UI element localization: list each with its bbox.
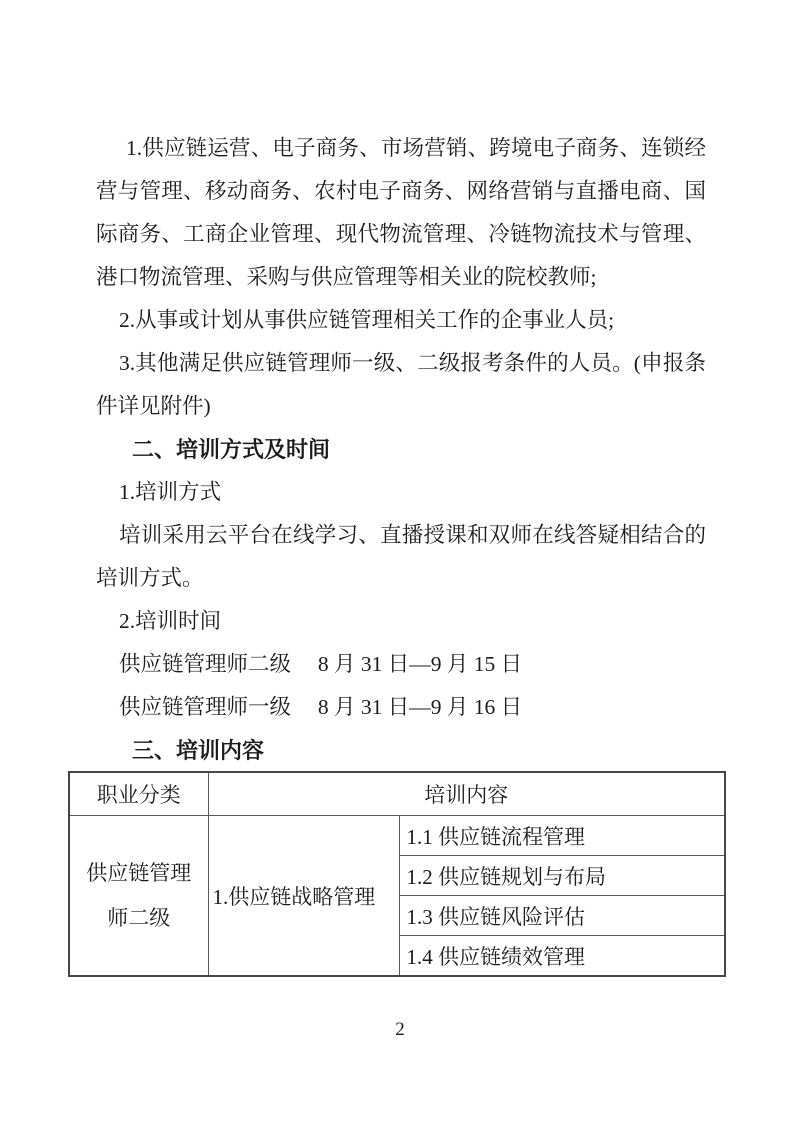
table-header-content: 培训内容 — [208, 772, 725, 816]
document-body: 1.供应链运营、电子商务、市场营销、跨境电子商务、连锁经营与管理、移动商务、农村… — [96, 127, 706, 772]
subheading-training-method: 1.培训方式 — [96, 471, 706, 514]
training-content-table: 职业分类 培训内容 供应链管理师二级 1.供应链战略管理 1.1 供应链流程管理… — [68, 771, 726, 977]
paragraph-eligible-practitioners: 2.从事或计划从事供应链管理相关工作的企事业人员; — [96, 299, 706, 342]
table-header-row: 职业分类 培训内容 — [69, 772, 725, 816]
table-cell-module: 1.供应链战略管理 — [208, 816, 399, 977]
table-cell-item-4: 1.4 供应链绩效管理 — [399, 936, 725, 977]
section-heading-training-method-and-time: 二、培训方式及时间 — [96, 428, 706, 471]
table-cell-item-1: 1.1 供应链流程管理 — [399, 816, 725, 856]
table-row: 供应链管理师二级 1.供应链战略管理 1.1 供应链流程管理 — [69, 816, 725, 856]
paragraph-eligible-teachers: 1.供应链运营、电子商务、市场营销、跨境电子商务、连锁经营与管理、移动商务、农村… — [96, 127, 706, 299]
paragraph-eligible-others: 3.其他满足供应链管理师一级、二级报考条件的人员。(申报条件详见附件) — [96, 342, 706, 428]
table-cell-item-3: 1.3 供应链风险评估 — [399, 896, 725, 936]
page-number: 2 — [0, 1016, 800, 1043]
table-header-category: 职业分类 — [69, 772, 208, 816]
section-heading-training-content: 三、培训内容 — [96, 729, 706, 772]
subheading-training-time: 2.培训时间 — [96, 600, 706, 643]
paragraph-training-method: 培训采用云平台在线学习、直播授课和双师在线答疑相结合的培训方式。 — [96, 514, 706, 600]
table-cell-category: 供应链管理师二级 — [69, 816, 208, 977]
table-cell-item-2: 1.2 供应链规划与布局 — [399, 856, 725, 896]
schedule-line-level1: 供应链管理师一级 8 月 31 日—9 月 16 日 — [96, 686, 706, 729]
schedule-line-level2: 供应链管理师二级 8 月 31 日—9 月 15 日 — [96, 643, 706, 686]
document-page: 1.供应链运营、电子商务、市场营销、跨境电子商务、连锁经营与管理、移动商务、农村… — [0, 0, 800, 1131]
